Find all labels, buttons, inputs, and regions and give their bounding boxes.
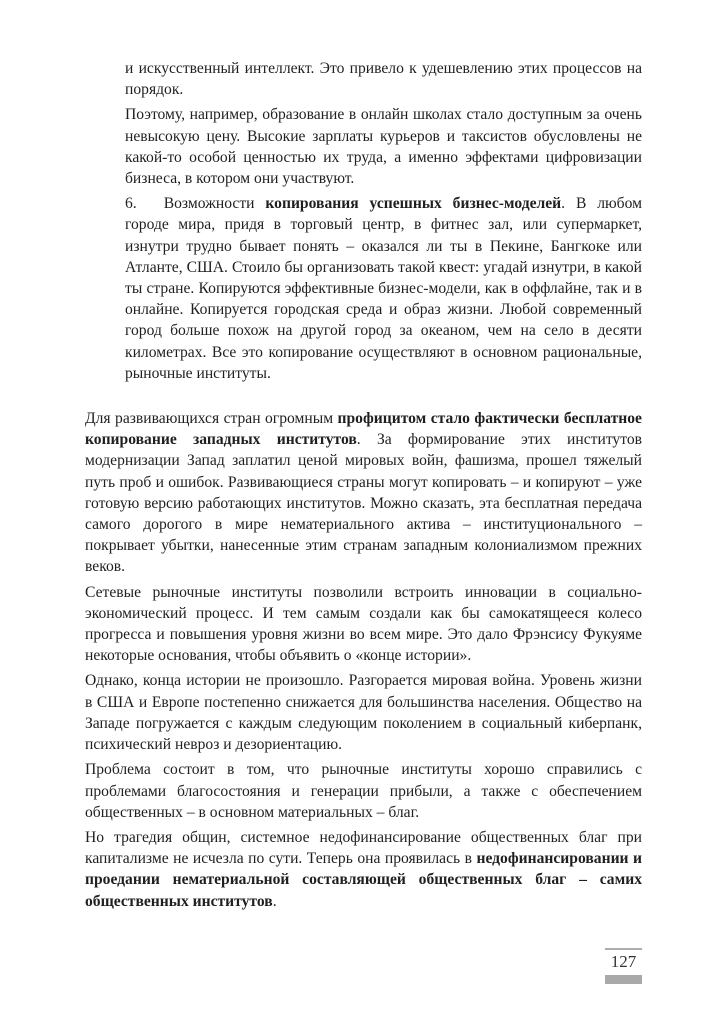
document-page: и искусственный интеллект. Это привело к… xyxy=(0,0,725,1024)
indented-list-block: и искусственный интеллект. Это привело к… xyxy=(85,58,642,384)
paragraph: и искусственный интеллект. Это привело к… xyxy=(125,58,642,100)
paragraph-text: . В любом городе мира, придя в торговый … xyxy=(125,195,642,382)
footer-rule xyxy=(605,948,642,950)
paragraph-text: . За формирование этих институтов модерн… xyxy=(85,431,642,575)
list-item-6: 6.Возможности копирования успешных бизне… xyxy=(125,193,642,384)
paragraph: Однако, конца истории не произошло. Разг… xyxy=(85,670,642,755)
paragraph-text: Однако, конца истории не произошло. Разг… xyxy=(85,672,642,753)
paragraph-text: Сетевые рыночные институты позволили вст… xyxy=(85,584,642,665)
list-item-number: 6. xyxy=(125,195,137,212)
paragraph-text: . xyxy=(273,893,277,910)
paragraph-text: Для развивающихся стран огромным xyxy=(85,410,338,427)
paragraph: Поэтому, например, образование в онлайн … xyxy=(125,104,642,189)
page-number: 127 xyxy=(605,951,642,973)
body-text-block: Для развивающихся стран огромным профици… xyxy=(85,408,642,912)
paragraph: Для развивающихся стран огромным профици… xyxy=(85,408,642,578)
paragraph-text: Проблема состоит в том, что рыночные инс… xyxy=(85,761,642,820)
paragraph-text: Поэтому, например, образование в онлайн … xyxy=(125,106,642,187)
paragraph: Сетевые рыночные институты позволили вст… xyxy=(85,582,642,667)
page-footer: 127 xyxy=(605,948,642,984)
paragraph: Проблема состоит в том, что рыночные инс… xyxy=(85,759,642,823)
paragraph-bold-text: копирования успешных бизнес-моделей xyxy=(265,195,561,212)
footer-bar xyxy=(605,975,642,984)
paragraph: Но трагедия общин, системное недофинанси… xyxy=(85,827,642,912)
paragraph-text: Возможности xyxy=(164,195,266,212)
page-content: и искусственный интеллект. Это привело к… xyxy=(85,58,642,916)
paragraph-text: и искусственный интеллект. Это привело к… xyxy=(125,60,642,98)
